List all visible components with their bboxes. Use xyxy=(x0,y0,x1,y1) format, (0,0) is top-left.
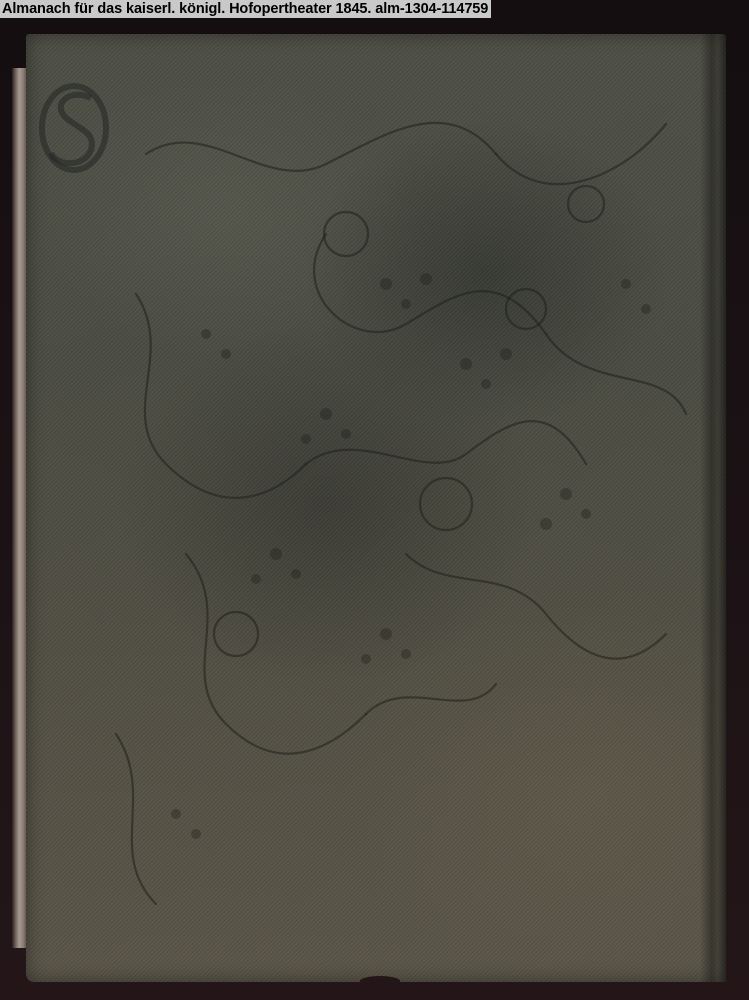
image-stage: Almanach für das kaiserl. königl. Hofope… xyxy=(0,0,749,1000)
library-stamp-icon xyxy=(36,78,116,178)
cloth-texture xyxy=(26,34,726,982)
spine-edge xyxy=(700,34,726,982)
book-cover xyxy=(26,34,726,982)
embossed-floral-ornament-icon xyxy=(26,34,726,982)
image-caption: Almanach für das kaiserl. königl. Hofope… xyxy=(0,0,491,18)
cover-tear xyxy=(360,976,400,986)
